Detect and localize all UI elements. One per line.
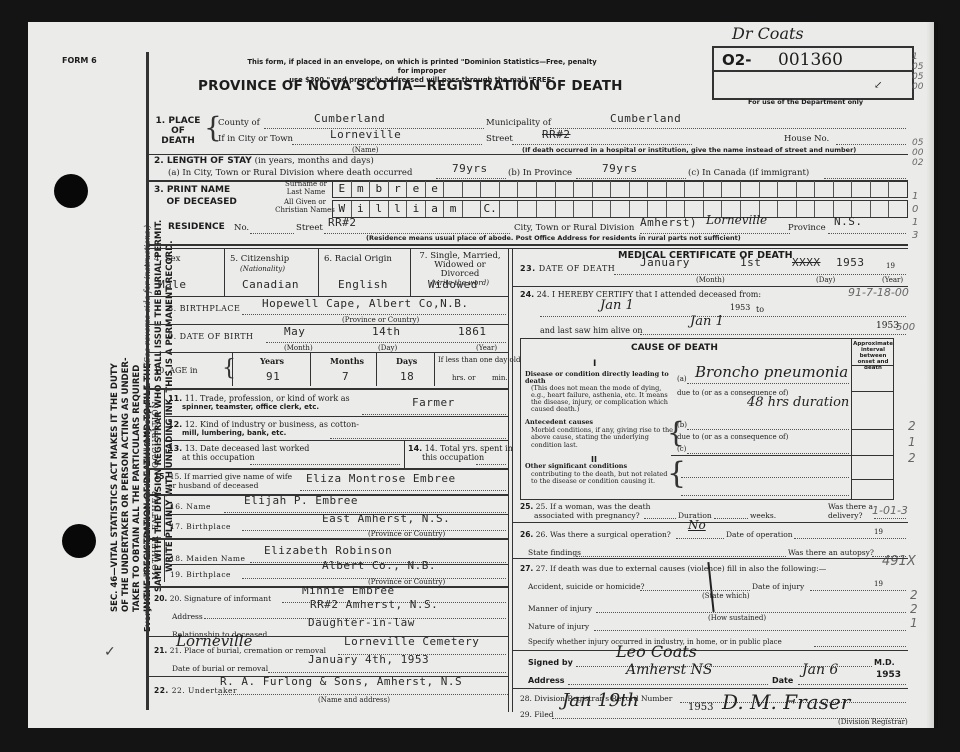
pregnancy-question: 25. 25. If a woman, was the death associ… bbox=[520, 502, 650, 520]
signed-by-label: Signed by bbox=[528, 658, 573, 667]
house-no-label: House No. bbox=[784, 134, 829, 144]
given-names-boxes[interactable]: WilliamC. bbox=[332, 200, 908, 218]
burial-date-label: Date of burial or removal bbox=[172, 664, 268, 673]
cause-a-label: (a) bbox=[677, 375, 687, 383]
check-mark-icon: ✓ bbox=[104, 644, 116, 660]
accident-label: Accident, suicide or homicide? bbox=[528, 582, 645, 591]
death-registration-form: FORM 6 SEC. 46—VITAL STATISTICS ACT MAKE… bbox=[28, 22, 934, 728]
state-which-caption: (State which) bbox=[702, 592, 750, 600]
sex-value[interactable]: Male bbox=[158, 278, 187, 291]
pencil-codes-cause: 2 1 2 bbox=[908, 418, 916, 466]
last-seen-label: and last saw him alive on bbox=[540, 326, 643, 335]
surname-boxes[interactable]: Embree bbox=[332, 180, 908, 198]
father-section-label: FATHER bbox=[151, 490, 160, 530]
signature-address-field[interactable]: Amherst NS bbox=[568, 674, 768, 685]
father-birthplace-caption: (Province or Country) bbox=[368, 530, 445, 538]
nature-label: Nature of injury bbox=[528, 622, 589, 631]
manner-field[interactable] bbox=[596, 602, 906, 613]
surgery-field[interactable]: No bbox=[676, 528, 724, 539]
margin-pencil-codes-mid: 05 00 02 bbox=[912, 138, 923, 168]
other-condition-field-1[interactable] bbox=[681, 471, 849, 478]
industry-field[interactable] bbox=[330, 428, 506, 439]
md-label: M.D. bbox=[874, 658, 895, 667]
less-than-day-label: If less than one day old bbox=[438, 356, 520, 364]
hrs-label: hrs. or bbox=[452, 374, 475, 382]
dod-month-caption: (Month) bbox=[696, 276, 725, 284]
residence-no-label: No. bbox=[234, 223, 249, 233]
residence-city-label: City, Town or Rural Division bbox=[514, 223, 634, 233]
street-label: Street bbox=[486, 134, 513, 144]
antecedent-label: Antecedent causes Morbid conditions, if … bbox=[525, 419, 675, 449]
residence-street-field[interactable]: RR#2 bbox=[324, 221, 510, 234]
cause-a-field[interactable]: Broncho pneumonia bbox=[687, 375, 849, 384]
direct-cause-label: Disease or condition directly leading to… bbox=[525, 371, 675, 413]
handwritten-annotation: Dr Coats bbox=[732, 24, 804, 43]
registration-number: 001360 bbox=[778, 50, 843, 70]
months-label: Months bbox=[330, 356, 364, 366]
cause-of-death-box: CAUSE OF DEATH Approximate interval betw… bbox=[520, 338, 894, 500]
registrar-caption: (Division Registrar) bbox=[838, 718, 908, 726]
min-label: min. bbox=[492, 374, 508, 382]
autopsy-label: Was there an autopsy? bbox=[788, 548, 874, 557]
name-caption: (Name) bbox=[352, 146, 379, 154]
dod-year-caption: (Year) bbox=[882, 276, 903, 284]
cause-a-duration: 48 hrs duration bbox=[747, 395, 849, 410]
spouse-label: 15. 15. If married give name of wife or … bbox=[154, 472, 292, 490]
stay-province-field[interactable]: 79yrs bbox=[576, 166, 686, 179]
signature-date-field[interactable]: Jan 6 1953 bbox=[798, 674, 906, 685]
informant-address-label: Address bbox=[172, 612, 203, 621]
certify-label: 24. 24. I HEREBY CERTIFY that I attended… bbox=[520, 290, 761, 299]
residence-city-field[interactable]: Amherst) Lorneville bbox=[640, 221, 790, 234]
dob-label: 9. DATE OF BIRTH bbox=[168, 332, 254, 341]
surname-label: Surname or Last Name bbox=[280, 180, 332, 196]
arrow-mark: ↙ bbox=[874, 80, 882, 91]
weeks-label: weeks. bbox=[750, 511, 776, 520]
last-worked-field[interactable] bbox=[250, 454, 400, 465]
given-names-label: All Given or Christian Names bbox=[274, 198, 336, 214]
father-name-label: 16. Name bbox=[170, 502, 211, 511]
injury-date-field[interactable]: 19 bbox=[810, 580, 906, 591]
findings-label: State findings bbox=[528, 548, 581, 557]
pencil-codes-injury: 2 2 1 bbox=[910, 588, 918, 630]
manner-label: Manner of injury bbox=[528, 604, 592, 613]
racial-origin-label: 6. Racial Origin bbox=[324, 254, 392, 264]
cause-b-field[interactable] bbox=[687, 421, 849, 430]
father-birthplace-label: 17. Birthplace bbox=[170, 522, 231, 531]
operation-date-label: Date of operation bbox=[726, 530, 793, 539]
residence-street-label: Street bbox=[296, 223, 323, 233]
stay-city-label: (a) In City, Town or Rural Division wher… bbox=[168, 168, 412, 178]
surgery-question: 26. 26. Was there a surgical operation? bbox=[520, 530, 671, 539]
racial-origin-value[interactable]: English bbox=[338, 278, 388, 291]
interval-heading: Approximate interval between onset and d… bbox=[853, 341, 893, 371]
form-title: PROVINCE OF NOVA SCOTIA—REGISTRATION OF … bbox=[198, 78, 623, 94]
birthplace-label: 8. BIRTHPLACE bbox=[168, 304, 240, 313]
citizenship-label: 5. Citizenship (Nationality) bbox=[230, 254, 289, 274]
form-left-border bbox=[146, 52, 149, 710]
residence-note: (Residence means usual place of abode. P… bbox=[366, 234, 741, 242]
county-label: County of bbox=[218, 118, 260, 128]
undertaker-caption: (Name and address) bbox=[318, 696, 390, 704]
total-years-field[interactable] bbox=[476, 454, 506, 465]
registration-prefix: O2- bbox=[722, 51, 751, 69]
stay-province-label: (b) In Province bbox=[508, 168, 572, 178]
municipality-label: Municipality of bbox=[486, 118, 551, 128]
age-years-value[interactable]: 91 bbox=[266, 370, 280, 383]
residence-label: RESIDENCE bbox=[168, 222, 225, 232]
occupation-section-label: OCCUPATION bbox=[151, 400, 160, 468]
delivery-label: Was there a delivery? bbox=[828, 502, 878, 520]
stay-city-field[interactable]: 79yrs bbox=[436, 166, 506, 179]
punch-hole bbox=[62, 524, 96, 558]
certify-pencil-code: 91-7-18-00 bbox=[848, 286, 909, 299]
house-no-field[interactable] bbox=[836, 132, 906, 145]
city-field[interactable]: Lorneville bbox=[292, 132, 482, 145]
burial-date-field[interactable]: January 4th, 1953 bbox=[268, 662, 506, 673]
date-of-death-field[interactable]: January 1st XXXX 1953 19 bbox=[614, 262, 906, 275]
date-of-death-label: 23. DATE OF DEATH bbox=[520, 264, 615, 273]
trade-field[interactable]: Farmer bbox=[362, 402, 506, 415]
delivery-field[interactable] bbox=[874, 510, 906, 519]
mother-maiden-label: 18. Maiden Name bbox=[170, 554, 245, 563]
length-of-stay-label: 2. LENGTH OF STAY (in years, months and … bbox=[154, 156, 374, 166]
form-number: FORM 6 bbox=[62, 56, 97, 65]
age-label: 10. AGE in bbox=[154, 366, 198, 375]
duration-field[interactable] bbox=[714, 510, 748, 519]
specify-field[interactable] bbox=[814, 636, 906, 647]
informant-label: 20. 20. Signature of informant bbox=[154, 594, 271, 603]
trade-label: 11. 11. Trade, profession, or kind of wo… bbox=[168, 394, 350, 412]
external-causes-label: 27. 27. If death was due to external cau… bbox=[520, 564, 826, 573]
birthplace-caption: (Province or Country) bbox=[342, 316, 419, 324]
marital-status-value[interactable]: Widowed bbox=[428, 278, 478, 291]
registration-number-box: O2- 001360 ↙ bbox=[712, 46, 914, 100]
birthplace-field[interactable]: Hopewell Cape, Albert Co,N.B. bbox=[242, 302, 506, 315]
cause-b-label: (b) bbox=[677, 421, 687, 429]
municipality-field[interactable]: Cumberland bbox=[550, 116, 906, 129]
filed-label: 29. Filed bbox=[520, 710, 554, 719]
year-caption: (Year) bbox=[476, 344, 497, 352]
mother-birthplace-label: 19. Birthplace bbox=[170, 570, 231, 579]
days-label: Days bbox=[396, 356, 417, 366]
cause-c-label: (c) bbox=[677, 445, 686, 453]
place-of-death-label: 1. PLACEOFDEATH bbox=[154, 116, 202, 146]
age-days-value[interactable]: 18 bbox=[400, 370, 414, 383]
undertaker-field[interactable]: R. A. Furlong & Sons, Amherst, N.S bbox=[218, 684, 508, 695]
signature-date-label: Date bbox=[772, 676, 793, 685]
due-to-label-2: due to (or as a consequence of) bbox=[677, 433, 788, 441]
residence-no-field[interactable] bbox=[250, 221, 294, 234]
findings-field[interactable] bbox=[576, 546, 786, 557]
residence-province-field[interactable]: N.S. bbox=[828, 221, 906, 234]
part-one-label: I bbox=[593, 359, 596, 369]
dob-field[interactable]: May 14th 1861 bbox=[266, 330, 506, 343]
age-months-value[interactable]: 7 bbox=[342, 370, 349, 383]
mother-section-label: MOTHER bbox=[151, 535, 160, 580]
burial-place-handwritten: Lorneville bbox=[176, 632, 252, 650]
margin-pencil-codes-top: 1 05 05 00 bbox=[912, 52, 923, 92]
citizenship-value[interactable]: Canadian bbox=[242, 278, 299, 291]
residence-province-label: Province bbox=[788, 223, 826, 233]
city-label: If in City or Town bbox=[218, 134, 293, 144]
other-condition-field-2[interactable] bbox=[681, 489, 849, 496]
years-label: Years bbox=[260, 356, 284, 366]
sex-label: 4. Sex bbox=[154, 254, 180, 264]
stay-canada-field[interactable] bbox=[824, 166, 906, 179]
dod-day-caption: (Day) bbox=[816, 276, 835, 284]
deceased-name-label: 3. PRINT NAME OF DECEASED bbox=[154, 184, 237, 208]
cause-heading: CAUSE OF DEATH bbox=[631, 343, 718, 353]
nature-field[interactable] bbox=[594, 620, 906, 631]
injury-date-label: Date of injury bbox=[752, 582, 804, 591]
accident-field[interactable] bbox=[640, 580, 750, 591]
last-seen-field[interactable]: Jan 1 1953 bbox=[640, 324, 906, 335]
hospital-note: (If death occurred in a hospital or inst… bbox=[522, 146, 856, 154]
signature-address-label: Address bbox=[528, 676, 565, 685]
cause-c-field[interactable] bbox=[687, 445, 849, 454]
stay-canada-label: (c) In Canada (if immigrant) bbox=[688, 168, 809, 178]
street-field[interactable]: RR#2 bbox=[512, 132, 692, 145]
month-caption: (Month) bbox=[284, 344, 313, 352]
operation-date-field[interactable]: 19 bbox=[794, 528, 906, 539]
punch-hole bbox=[54, 174, 88, 208]
day-caption: (Day) bbox=[378, 344, 397, 352]
brace: { bbox=[222, 356, 236, 381]
pregnancy-field[interactable] bbox=[644, 510, 676, 519]
other-conditions-label: Other significant conditions contributin… bbox=[525, 463, 675, 486]
department-note: For use of the Department only bbox=[748, 98, 863, 106]
spouse-field[interactable]: Eliza Montrose Embree bbox=[300, 480, 506, 491]
autopsy-field[interactable] bbox=[872, 546, 906, 557]
margin-pencil-codes-lower: 1 0 1 3 bbox=[912, 190, 918, 242]
